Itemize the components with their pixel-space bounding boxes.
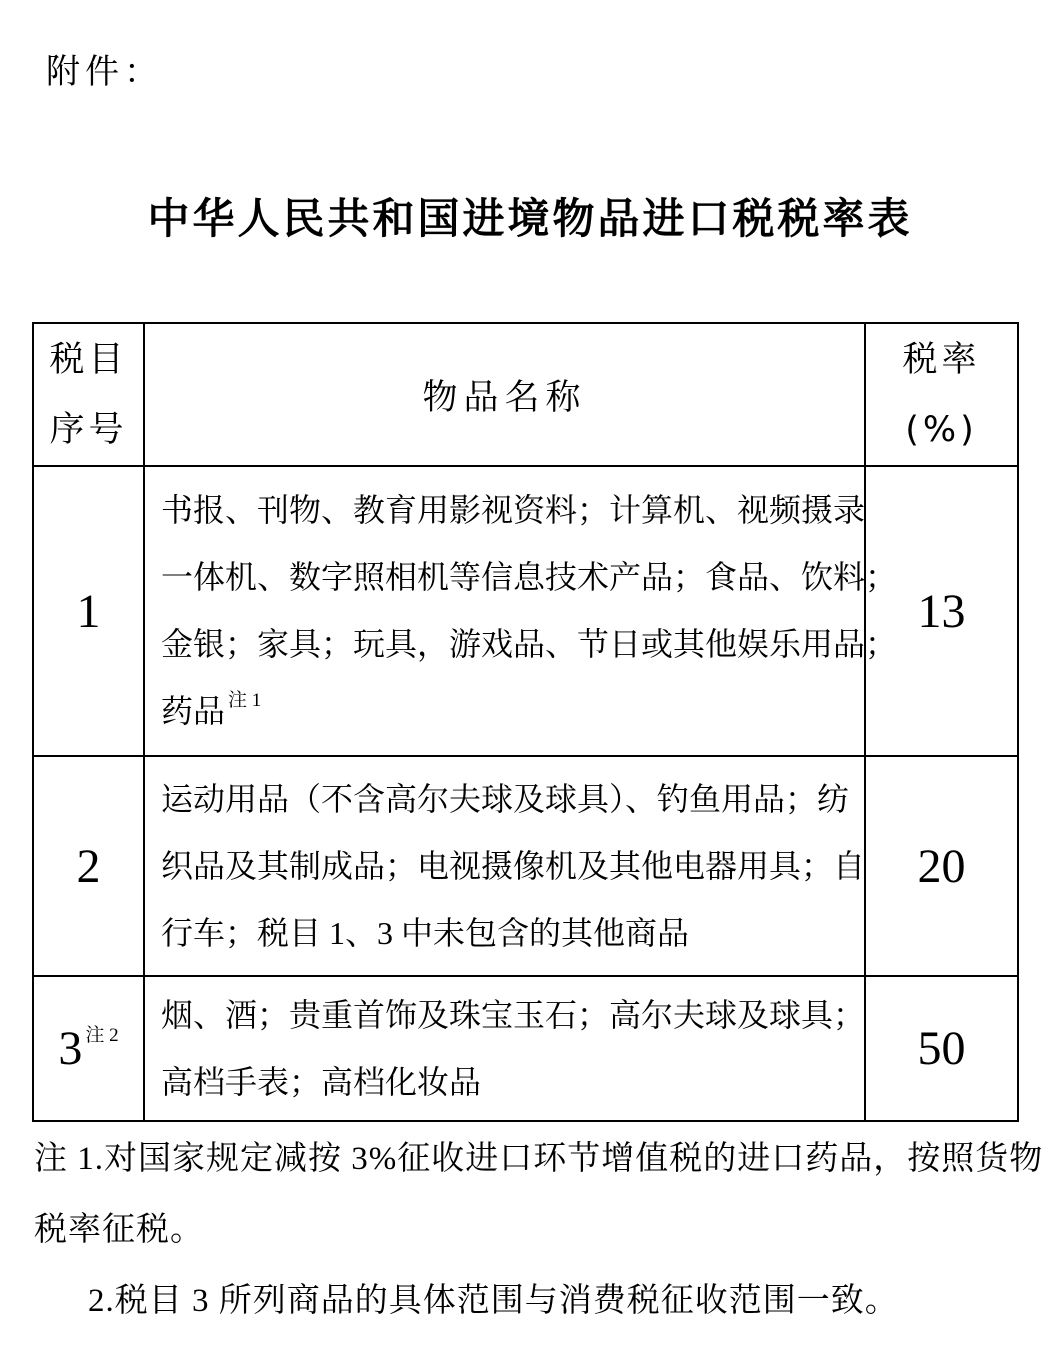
item-name-line: 高档手表；高档化妆品	[161, 1049, 864, 1116]
item-name-cell: 烟、酒；贵重首饰及珠宝玉石；高尔夫球及球具；高档手表；高档化妆品	[144, 976, 865, 1121]
tax-rate-cell: 13	[865, 466, 1018, 756]
item-name-line: 织品及其制成品；电视摄像机及其他电器用具；自	[161, 833, 864, 900]
table-row: 2运动用品（不含高尔夫球及球具）、钓鱼用品；纺织品及其制成品；电视摄像机及其他电…	[33, 756, 1018, 976]
footnote-line: 注 1.对国家规定减按 3%征收进口环节增值税的进口药品，按照货物	[34, 1124, 1036, 1195]
item-name-line: 行车；税目 1、3 中未包含的其他商品	[161, 900, 864, 967]
header-item-name-label: 物品名称	[145, 370, 864, 420]
item-name-line: 书报、刊物、教育用影视资料；计算机、视频摄录	[161, 477, 864, 544]
item-name-line: 运动用品（不含高尔夫球及球具）、钓鱼用品；纺	[161, 766, 864, 833]
footnote-ref: 注 1	[228, 690, 261, 711]
footnotes: 注 1.对国家规定减按 3%征收进口环节增值税的进口药品，按照货物税率征税。2.…	[34, 1124, 1036, 1337]
attachment-label: 附件：	[46, 44, 163, 93]
document-title: 中华人民共和国进境物品进口税税率表	[0, 186, 1060, 246]
tax-item-number-cell: 3注 2	[33, 976, 144, 1121]
header-tax-item-line1: 税目	[34, 325, 143, 395]
table-header-row: 税目 序号 物品名称 税率 (%)	[33, 323, 1018, 466]
header-tax-rate-line2: (%)	[866, 395, 1017, 465]
tax-item-number-cell: 1	[33, 466, 144, 756]
footnote-line: 2.税目 3 所列商品的具体范围与消费税征收范围一致。	[34, 1266, 1036, 1337]
document-page: 附件： 中华人民共和国进境物品进口税税率表 税目 序号 物品名称 税率 (%)	[0, 0, 1060, 1368]
header-tax-item-number: 税目 序号	[33, 323, 144, 466]
footnote-ref: 注 2	[85, 1025, 118, 1046]
header-item-name: 物品名称	[144, 323, 865, 466]
table-row: 1书报、刊物、教育用影视资料；计算机、视频摄录一体机、数字照相机等信息技术产品；…	[33, 466, 1018, 756]
item-name-cell: 书报、刊物、教育用影视资料；计算机、视频摄录一体机、数字照相机等信息技术产品；食…	[144, 466, 865, 756]
tax-rate-cell: 50	[865, 976, 1018, 1121]
tax-item-number-cell: 2	[33, 756, 144, 976]
tax-rate-cell: 20	[865, 756, 1018, 976]
item-name-line: 一体机、数字照相机等信息技术产品；食品、饮料；	[161, 544, 864, 611]
header-tax-item-line2: 序号	[34, 395, 143, 465]
item-name-line: 烟、酒；贵重首饰及珠宝玉石；高尔夫球及球具；	[161, 982, 864, 1049]
tax-rate-table: 税目 序号 物品名称 税率 (%) 1书报、刊物、教育用影视资料；计算机、视频摄…	[32, 322, 1019, 1122]
item-name-line: 金银；家具；玩具，游戏品、节日或其他娱乐用品；	[161, 611, 864, 678]
footnote-line: 税率征税。	[34, 1195, 1036, 1266]
item-name-cell: 运动用品（不含高尔夫球及球具）、钓鱼用品；纺织品及其制成品；电视摄像机及其他电器…	[144, 756, 865, 976]
table-row: 3注 2烟、酒；贵重首饰及珠宝玉石；高尔夫球及球具；高档手表；高档化妆品50	[33, 976, 1018, 1121]
header-tax-rate-line1: 税率	[866, 325, 1017, 395]
header-tax-rate: 税率 (%)	[865, 323, 1018, 466]
item-name-line: 药品注 1	[161, 678, 864, 745]
